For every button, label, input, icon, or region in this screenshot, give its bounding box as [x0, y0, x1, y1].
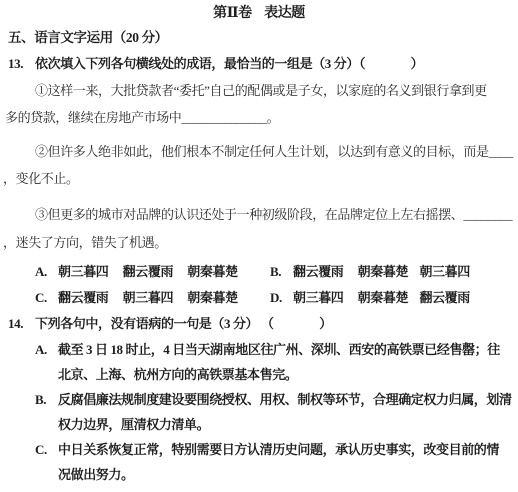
q14-option-c-line2: 况做出努力。 [58, 466, 134, 484]
q13-sentence2-line1: ②但许多人绝非如此，他们根本不制定任何人生计划，以达到有意义的目标，而是____ [35, 143, 513, 161]
q13-option-d-label: D. [270, 289, 282, 307]
q14-option-a-line2: 北京、上海、杭州方向的高铁票基本售完。 [58, 366, 297, 384]
q13-option-c-text: 翻云覆雨 朝三暮四 朝秦暮楚 [58, 289, 238, 307]
q14-option-a-label: A. [35, 341, 47, 359]
q14-option-a-line1: 截至 3 日 18 时止，4 日当天湖南地区往广州、深圳、西安的高铁票已经售罄；… [58, 341, 500, 359]
q14-stem: 下列各句中，没有语病的一句是（3 分） （ ） [35, 315, 332, 333]
q13-stem: 依次填入下列各句横线处的成语，最恰当的一组是（3 分）（ ） [35, 55, 423, 73]
q13-sentence1-line2: 多的贷款，继续在房地产市场中______________。 [5, 109, 279, 127]
q13-number: 13. [8, 55, 23, 73]
q13-sentence1-line1: ①这样一来，大批贷款者“委托”自己的配偶或是子女，以家庭的名义到银行拿到更 [35, 82, 487, 100]
page-title: 第Ⅱ卷 表达题 [0, 5, 518, 23]
q13-option-b-text: 翻云覆雨 朝秦暮楚 朝三暮四 [293, 263, 470, 281]
q13-sentence2-line2: ，变化不止。 [3, 170, 79, 188]
section-heading: 五、语言文字运用（20 分） [8, 29, 168, 47]
q14-option-b-label: B. [35, 391, 46, 409]
q13-option-b-label: B. [270, 263, 281, 281]
q13-option-d-text: 朝三暮四 朝秦暮楚 翻云覆雨 [293, 289, 470, 307]
q13-option-a-text: 朝三暮四 翻云覆雨 朝秦暮楚 [58, 263, 238, 281]
q14-option-c-label: C. [35, 441, 47, 459]
exam-paper-page: 第Ⅱ卷 表达题 五、语言文字运用（20 分） 13. 依次填入下列各句横线处的成… [0, 0, 518, 492]
q14-option-b-line1: 反腐倡廉法规制度建设要围绕授权、用权、制权等环节，合理确定权力归属，划清 [58, 391, 512, 409]
q14-option-c-line1: 中日关系恢复正常，特别需要日方认清历史问题，承认历史事实，改变目前的情 [58, 441, 499, 459]
q13-sentence3-line2: ，迷失了方向，错失了机遇。 [3, 234, 167, 252]
q13-option-c-label: C. [35, 289, 47, 307]
q13-option-a-label: A. [35, 263, 47, 281]
q14-number: 14. [8, 315, 23, 333]
q13-sentence3-line1: ③但更多的城市对品牌的认识还处于一种初级阶段，在品牌定位上左右摇摆、______… [35, 206, 512, 224]
q14-option-b-line2: 权力边界，厘清权力清单。 [58, 416, 209, 434]
